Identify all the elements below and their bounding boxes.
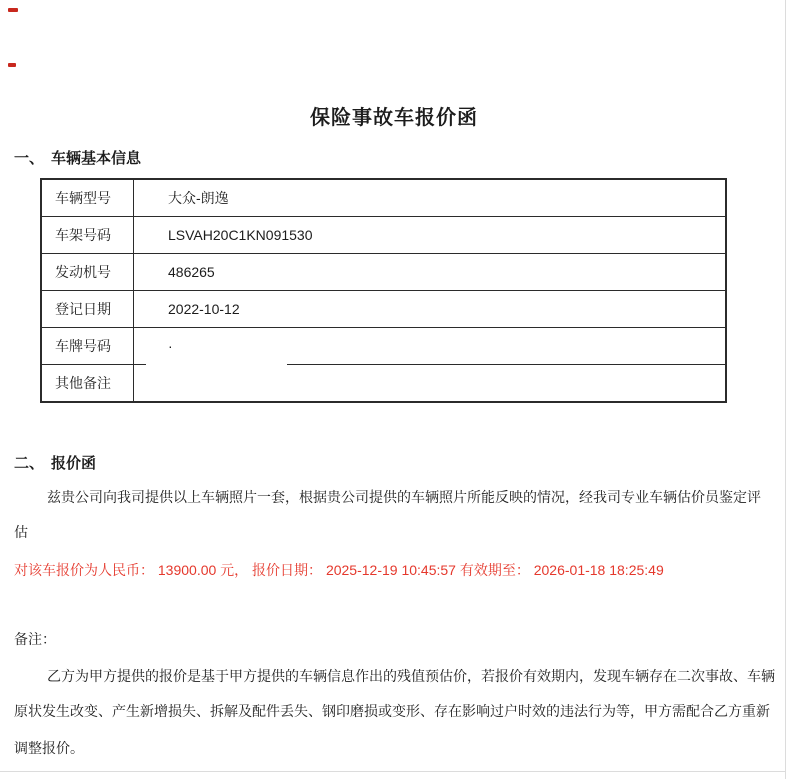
remarks-paragraph-line3: 调整报价。 xyxy=(14,738,84,758)
remarks-paragraph-line2: 原状发生改变、产生新增损失、拆解及配件丢失、钢印磨损或变形、存在影响过户时效的违… xyxy=(14,701,770,721)
row-value-reg-date: 2022-10-12 xyxy=(134,291,727,328)
page-right-edge xyxy=(785,0,786,779)
section-heading-quotation: 二、报价函 xyxy=(14,452,96,473)
table-row: 车辆型号 大众-朗逸 xyxy=(41,179,726,217)
intro-paragraph-line1: 兹贵公司向我司提供以上车辆照片一套，根据贵公司提供的车辆照片所能反映的情况，经我… xyxy=(47,487,761,507)
page-bottom-edge xyxy=(0,771,786,772)
row-value-engine: 486265 xyxy=(134,254,727,291)
quote-price-line: 对该车报价为人民币： 13900.00 元， 报价日期： 2025-12-19 … xyxy=(14,560,664,580)
row-value-plate: · xyxy=(134,328,727,365)
plate-redaction-patch xyxy=(146,360,287,365)
table-row: 车牌号码 · xyxy=(41,328,726,365)
section-number: 一、 xyxy=(14,150,44,167)
row-label-engine: 发动机号 xyxy=(41,254,134,291)
table-row: 其他备注 xyxy=(41,365,726,403)
row-label-reg-date: 登记日期 xyxy=(41,291,134,328)
page-title: 保险事故车报价函 xyxy=(0,101,788,130)
row-value-model: 大众-朗逸 xyxy=(134,179,727,217)
row-value-other-notes xyxy=(134,365,727,403)
intro-paragraph-line2: 估 xyxy=(14,522,28,542)
table-row: 发动机号 486265 xyxy=(41,254,726,291)
vehicle-info-table: 车辆型号 大众-朗逸 车架号码 LSVAH20C1KN091530 发动机号 4… xyxy=(40,178,727,403)
table-row: 登记日期 2022-10-12 xyxy=(41,291,726,328)
section-heading-label: 报价函 xyxy=(51,455,96,472)
section-heading-vehicle-info: 一、车辆基本信息 xyxy=(14,147,141,168)
row-label-other-notes: 其他备注 xyxy=(41,365,134,403)
section-heading-label: 车辆基本信息 xyxy=(51,150,141,167)
table-row: 车架号码 LSVAH20C1KN091530 xyxy=(41,217,726,254)
document-page: 保险事故车报价函 一、车辆基本信息 车辆型号 大众-朗逸 车架号码 LSVAH2… xyxy=(0,0,788,779)
corner-red-mark-bottom xyxy=(8,63,16,67)
corner-red-mark-top xyxy=(8,8,18,12)
row-label-model: 车辆型号 xyxy=(41,179,134,217)
section-number: 二、 xyxy=(14,455,44,472)
row-value-vin: LSVAH20C1KN091530 xyxy=(134,217,727,254)
row-label-plate: 车牌号码 xyxy=(41,328,134,365)
remarks-label: 备注： xyxy=(14,629,56,649)
row-label-vin: 车架号码 xyxy=(41,217,134,254)
remarks-paragraph-line1: 乙方为甲方提供的报价是基于甲方提供的车辆信息作出的残值预估价，若报价有效期内，发… xyxy=(47,666,775,686)
